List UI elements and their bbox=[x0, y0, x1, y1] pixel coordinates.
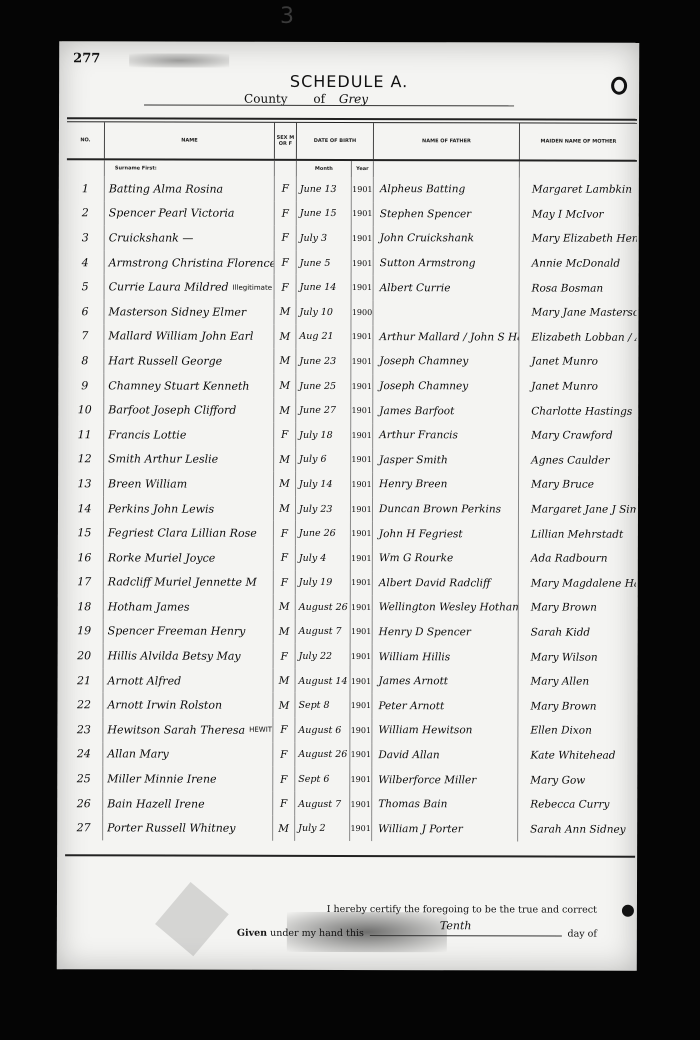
entry-number: 25 bbox=[65, 767, 103, 792]
entry-number: 17 bbox=[66, 570, 104, 595]
sex: F bbox=[275, 226, 297, 251]
table-row: 12Smith Arthur LeslieMJuly 61901Jasper S… bbox=[66, 447, 636, 473]
father-name: John H Fegriest bbox=[373, 521, 519, 546]
birth-year: 1901 bbox=[351, 374, 373, 399]
child-name-text: Masterson Sidney Elmer bbox=[108, 305, 246, 318]
page-title: SCHEDULE A. bbox=[59, 71, 639, 92]
sex: F bbox=[274, 423, 296, 448]
birth-month-day-text: June 5 bbox=[300, 257, 331, 268]
mother-maiden-name: Margaret Lambkin bbox=[520, 177, 637, 202]
entry-number-text: 24 bbox=[77, 748, 91, 761]
entry-number: 11 bbox=[66, 422, 104, 447]
county-value: Grey bbox=[339, 92, 368, 106]
birth-year: 1901 bbox=[350, 792, 372, 817]
child-name-text: Hillis Alvilda Betsy May bbox=[108, 649, 241, 662]
child-name-text: Bain Hazell Irene bbox=[107, 797, 204, 810]
father-name: Henry Breen bbox=[373, 472, 519, 497]
entry-number: 23 bbox=[65, 717, 103, 742]
mother-maiden-name: Elizabeth Lobban / Addie Morrison bbox=[519, 325, 636, 350]
child-name-text: Miller Minnie Irene bbox=[107, 772, 216, 785]
birth-month-day: July 4 bbox=[296, 546, 351, 571]
sex: M bbox=[274, 497, 296, 522]
father-name: Stephen Spencer bbox=[374, 202, 520, 227]
birth-month-day-text: August 7 bbox=[298, 799, 341, 810]
faded-stamp bbox=[155, 882, 229, 956]
child-name: Mallard William John Earl bbox=[104, 324, 274, 349]
entry-number: 19 bbox=[66, 619, 104, 644]
father-name: William Hillis bbox=[373, 644, 519, 669]
birth-year: 1901 bbox=[350, 718, 372, 743]
birth-month-day: July 2 bbox=[295, 816, 350, 841]
birth-month-day: July 14 bbox=[296, 472, 351, 497]
father-name-text: Henry D Spencer bbox=[379, 626, 471, 638]
table-body: 1Batting Alma RosinaFJune 131901Alpheus … bbox=[65, 176, 637, 842]
birth-year-text: 1901 bbox=[350, 824, 370, 833]
ink-smudge bbox=[129, 53, 229, 67]
sex: M bbox=[273, 693, 295, 718]
birth-month-day: June 23 bbox=[296, 349, 351, 374]
father-name-text: Jasper Smith bbox=[379, 454, 448, 466]
birth-month-day-text: July 4 bbox=[299, 553, 326, 564]
sex: F bbox=[275, 251, 297, 276]
father-name-text: Wellington Wesley Hotham bbox=[379, 601, 519, 613]
mother-maiden-name: Rosa Bosman bbox=[520, 276, 637, 301]
mother-maiden-name-text: Janet Munro bbox=[531, 356, 598, 368]
mother-maiden-name-text: May I McIvor bbox=[532, 208, 604, 220]
birth-year: 1901 bbox=[350, 743, 372, 768]
mother-maiden-name: Mary Magdalene Hagen bbox=[519, 571, 636, 596]
table-row: 4Armstrong Christina FlorenceFJune 51901… bbox=[67, 250, 637, 276]
sex-text: F bbox=[280, 650, 287, 662]
birth-year: 1901 bbox=[351, 669, 373, 694]
birth-year: 1901 bbox=[352, 275, 374, 300]
entry-number-text: 27 bbox=[77, 822, 91, 835]
mother-maiden-name: Charlotte Hastings bbox=[519, 399, 636, 424]
sex: F bbox=[273, 718, 295, 743]
father-name: Wellington Wesley Hotham bbox=[373, 595, 519, 620]
birth-year-text: 1901 bbox=[352, 332, 372, 341]
birth-month-day-text: July 6 bbox=[299, 454, 326, 465]
birth-year-text: 1901 bbox=[352, 234, 372, 243]
mother-maiden-name-text: Sarah Ann Sidney bbox=[530, 823, 625, 835]
father-name: Wm G Rourke bbox=[373, 546, 519, 571]
father-name-text: Albert David Radcliff bbox=[379, 577, 491, 589]
child-name-text: Francis Lottie bbox=[108, 428, 186, 441]
birth-year-text: 1901 bbox=[351, 652, 371, 661]
child-name-text: Spencer Freeman Henry bbox=[108, 625, 246, 638]
child-name-text: Porter Russell Whitney bbox=[107, 822, 235, 835]
child-name-text: Armstrong Christina Florence bbox=[109, 256, 275, 269]
birth-year: 1901 bbox=[351, 349, 373, 374]
entry-number: 6 bbox=[66, 299, 104, 324]
table-row: 5Currie Laura MildredIllegitimateFJune 1… bbox=[67, 275, 637, 301]
father-name-text: John Cruickshank bbox=[380, 233, 474, 245]
header-sex: Sex M or F bbox=[275, 123, 297, 159]
schedule-page: 277 SCHEDULE A. County of Grey No. Name … bbox=[57, 41, 639, 971]
mother-maiden-name: Sarah Kidd bbox=[519, 620, 636, 645]
mother-maiden-name: Ellen Dixon bbox=[518, 719, 635, 744]
table-subheader: Surname First: Month Year bbox=[67, 160, 637, 177]
entry-number: 15 bbox=[66, 521, 104, 546]
sex-text: F bbox=[280, 798, 287, 810]
child-name: Allan Mary bbox=[103, 742, 273, 767]
table-row: 24Allan MaryFAugust 261901David AllanKat… bbox=[65, 742, 635, 768]
birth-month-day-text: July 2 bbox=[298, 823, 325, 834]
mother-maiden-name: Mary Jane Masterson bbox=[519, 300, 636, 325]
table-row: 18Hotham JamesMAugust 261901Wellington W… bbox=[66, 594, 636, 620]
child-name-text: Barfoot Joseph Clifford bbox=[108, 404, 236, 417]
child-name: Francis Lottie bbox=[104, 422, 274, 447]
table-row: 16Rorke Muriel JoyceFJuly 41901Wm G Rour… bbox=[66, 545, 636, 571]
birth-month-day-text: August 26 bbox=[298, 749, 347, 760]
child-name: Porter Russell Whitney bbox=[103, 816, 273, 841]
entry-number-text: 11 bbox=[78, 428, 92, 441]
mother-maiden-name-text: Charlotte Hastings bbox=[531, 405, 632, 417]
entry-number: 13 bbox=[66, 471, 104, 496]
birth-month-day: Aug 21 bbox=[296, 324, 351, 349]
child-name: Perkins John Lewis bbox=[104, 496, 274, 521]
birth-year: 1901 bbox=[352, 226, 374, 251]
table-row: 23Hewitson Sarah TheresaHEWITSONFAugust … bbox=[65, 717, 635, 743]
entry-number-text: 26 bbox=[77, 797, 91, 810]
father-name: John Cruickshank bbox=[374, 226, 520, 251]
child-name-text: Fegriest Clara Lillian Rose bbox=[108, 526, 257, 539]
sex: F bbox=[275, 177, 297, 202]
birth-month-day: June 25 bbox=[296, 374, 351, 399]
entry-number-text: 21 bbox=[77, 674, 91, 687]
header-father: Name of Father bbox=[374, 123, 520, 159]
birth-year: 1901 bbox=[351, 620, 373, 645]
entry-number: 20 bbox=[66, 644, 104, 669]
child-name: Spencer Freeman Henry bbox=[104, 619, 274, 644]
entry-number: 9 bbox=[66, 373, 104, 398]
certification-block: I hereby certify the foregoing to be the… bbox=[237, 904, 597, 940]
child-name-text: Batting Alma Rosina bbox=[109, 182, 223, 195]
entry-number: 26 bbox=[65, 791, 103, 816]
birth-month-day-text: June 26 bbox=[299, 528, 336, 539]
birth-year: 1901 bbox=[350, 767, 372, 792]
sex: M bbox=[274, 300, 296, 325]
birth-year-text: 1900 bbox=[352, 308, 372, 317]
mother-maiden-name-text: Mary Bruce bbox=[531, 479, 594, 491]
birth-year: 1901 bbox=[352, 177, 374, 202]
father-name-text: Arthur Francis bbox=[379, 429, 458, 441]
mother-maiden-name-text: Ada Radbourn bbox=[531, 553, 608, 565]
subheader-month: Month bbox=[297, 161, 352, 177]
father-name-text: Wm G Rourke bbox=[379, 552, 453, 564]
mother-maiden-name-text: Kate Whitehead bbox=[530, 749, 615, 761]
header-no: No. bbox=[67, 122, 105, 158]
sex-text: M bbox=[279, 503, 290, 515]
sex-text: F bbox=[280, 773, 287, 785]
mother-maiden-name-text: Mary Magdalene Hagen bbox=[531, 577, 636, 589]
table-row: 10Barfoot Joseph CliffordMJune 271901Jam… bbox=[66, 398, 636, 424]
birth-year-text: 1901 bbox=[352, 185, 372, 194]
mother-maiden-name-text: Rebecca Curry bbox=[530, 799, 609, 811]
father-name-text: Sutton Armstrong bbox=[380, 257, 476, 269]
sex-text: F bbox=[281, 552, 288, 564]
table-row: 14Perkins John LewisMJuly 231901Duncan B… bbox=[66, 496, 636, 522]
entry-number: 27 bbox=[65, 816, 103, 841]
birth-year-text: 1901 bbox=[352, 283, 372, 292]
table-row: 20Hillis Alvilda Betsy MayFJuly 221901Wi… bbox=[66, 644, 636, 670]
father-name-text: William Hillis bbox=[379, 651, 451, 663]
child-name-text: Breen William bbox=[108, 477, 187, 490]
sex-text: M bbox=[280, 306, 291, 318]
child-name-text: Spencer Pearl Victoria bbox=[109, 207, 235, 220]
mother-maiden-name: Lillian Mehrstadt bbox=[519, 522, 636, 547]
entry-number-text: 16 bbox=[77, 551, 91, 564]
birth-month-day: July 10 bbox=[296, 300, 351, 325]
entry-number-text: 13 bbox=[78, 477, 92, 490]
entry-number-text: 6 bbox=[81, 305, 88, 318]
birth-year: 1901 bbox=[352, 202, 374, 227]
child-name-text: Hewitson Sarah Theresa bbox=[107, 723, 245, 736]
birth-month-day-text: August 26 bbox=[299, 602, 348, 613]
child-name: Batting Alma Rosina bbox=[105, 176, 275, 201]
child-name: Cruickshank — bbox=[105, 226, 275, 251]
entry-number: 2 bbox=[67, 201, 105, 226]
child-name-text: Arnott Irwin Rolston bbox=[107, 699, 222, 712]
father-name: James Arnott bbox=[373, 669, 519, 694]
entry-number-text: 10 bbox=[78, 403, 92, 416]
father-name: Arthur Mallard / John S Hart bbox=[373, 325, 519, 350]
birth-year-text: 1901 bbox=[352, 406, 372, 415]
table-row: 19Spencer Freeman HenryMAugust 71901Henr… bbox=[66, 619, 636, 645]
birth-year-text: 1901 bbox=[351, 578, 371, 587]
father-name-text: Thomas Bain bbox=[378, 798, 447, 810]
sex: F bbox=[275, 201, 297, 226]
birth-month-day: July 3 bbox=[297, 226, 352, 251]
birth-month-day-text: June 13 bbox=[300, 184, 337, 195]
entry-number-text: 7 bbox=[81, 330, 88, 343]
birth-year: 1901 bbox=[351, 644, 373, 669]
table-row: 6Masterson Sidney ElmerMJuly 101900Mary … bbox=[66, 299, 636, 325]
sex-text: M bbox=[279, 478, 290, 490]
table-row: 27Porter Russell WhitneyMJuly 21901Willi… bbox=[65, 816, 635, 842]
birth-month-day-text: July 18 bbox=[299, 430, 332, 441]
entry-number-text: 15 bbox=[77, 526, 91, 539]
mother-maiden-name: Margaret Jane J Simmie bbox=[519, 497, 636, 522]
mother-maiden-name: Kate Whitehead bbox=[518, 743, 635, 768]
birth-year: 1901 bbox=[351, 325, 373, 350]
table-row: 25Miller Minnie IreneFSept 61901Wilberfo… bbox=[65, 767, 635, 793]
header-name: Name bbox=[105, 122, 275, 158]
table-bottom-rule bbox=[65, 854, 635, 857]
mother-maiden-name: Agnes Caulder bbox=[519, 448, 636, 473]
table-header: No. Name Sex M or F Date of Birth Name o… bbox=[67, 122, 637, 161]
sex: F bbox=[274, 644, 296, 669]
birth-year-text: 1901 bbox=[351, 750, 371, 759]
county-of-label: of bbox=[313, 92, 325, 106]
father-name: Wilberforce Miller bbox=[372, 767, 518, 792]
father-name-text: Duncan Brown Perkins bbox=[379, 503, 501, 515]
birth-month-day: August 6 bbox=[295, 718, 350, 743]
birth-year-text: 1901 bbox=[352, 209, 372, 218]
father-name-text: James Barfoot bbox=[379, 405, 454, 417]
birth-month-day: August 14 bbox=[296, 669, 351, 694]
mother-maiden-name-text: Mary Allen bbox=[531, 676, 590, 688]
child-name-text: Radcliff Muriel Jennette M bbox=[108, 576, 257, 589]
father-name: David Allan bbox=[372, 743, 518, 768]
birth-year: 1901 bbox=[351, 521, 373, 546]
child-name: Smith Arthur Leslie bbox=[104, 447, 274, 472]
mother-maiden-name-text: Mary Crawford bbox=[531, 430, 613, 442]
sex: M bbox=[274, 595, 296, 620]
entry-number: 4 bbox=[67, 250, 105, 275]
entry-number: 18 bbox=[66, 594, 104, 619]
birth-year-text: 1901 bbox=[351, 431, 371, 440]
subheader-surname-first: Surname First: bbox=[105, 160, 275, 176]
child-name: Hillis Alvilda Betsy May bbox=[104, 644, 274, 669]
father-name: Jasper Smith bbox=[373, 448, 519, 473]
father-name: Alpheus Batting bbox=[374, 177, 520, 202]
sex-text: F bbox=[281, 527, 288, 539]
sex: F bbox=[274, 521, 296, 546]
sex: M bbox=[274, 447, 296, 472]
entry-number-text: 9 bbox=[81, 379, 88, 392]
entry-number-text: 20 bbox=[77, 649, 91, 662]
birth-month-day: August 7 bbox=[296, 620, 351, 645]
entry-number-text: 3 bbox=[82, 231, 89, 244]
mother-maiden-name-text: Mary Brown bbox=[531, 602, 597, 614]
mother-maiden-name: Mary Crawford bbox=[519, 423, 636, 448]
sex: M bbox=[274, 374, 296, 399]
birth-month-day-text: June 15 bbox=[300, 208, 337, 219]
father-name: Duncan Brown Perkins bbox=[373, 497, 519, 522]
birth-year-text: 1901 bbox=[351, 455, 371, 464]
child-name: Barfoot Joseph Clifford bbox=[104, 398, 274, 423]
table-row: 21Arnott AlfredMAugust 141901James Arnot… bbox=[66, 668, 636, 694]
mother-maiden-name-text: Mary Brown bbox=[530, 700, 596, 712]
father-name: William J Porter bbox=[372, 817, 518, 842]
child-name-text: Perkins John Lewis bbox=[108, 502, 214, 515]
birth-year-text: 1901 bbox=[351, 480, 371, 489]
subheader-mother-blank bbox=[520, 161, 637, 177]
sex: F bbox=[274, 546, 296, 571]
birth-year-text: 1901 bbox=[351, 726, 371, 735]
mother-maiden-name-text: Mary Gow bbox=[530, 774, 585, 786]
mother-maiden-name-text: Elizabeth Lobban / Addie Morrison bbox=[531, 331, 636, 343]
father-name: James Barfoot bbox=[373, 398, 519, 423]
page-number: 277 bbox=[73, 51, 100, 66]
table-row: 9Chamney Stuart KennethMJune 251901Josep… bbox=[66, 373, 636, 399]
child-name-text: Hart Russell George bbox=[108, 354, 222, 367]
child-name: Breen William bbox=[104, 471, 274, 496]
subheader-father-blank bbox=[374, 161, 520, 177]
county-underline bbox=[144, 104, 514, 106]
birth-month-day-text: August 14 bbox=[299, 676, 348, 687]
entry-number: 3 bbox=[67, 225, 105, 250]
father-name-text: Peter Arnott bbox=[378, 700, 444, 712]
sex-text: M bbox=[279, 700, 290, 712]
birth-month-day: June 27 bbox=[296, 398, 351, 423]
father-name: Sutton Armstrong bbox=[374, 251, 520, 276]
birth-year: 1901 bbox=[350, 693, 372, 718]
birth-year-text: 1901 bbox=[351, 529, 371, 538]
mother-maiden-name: Janet Munro bbox=[519, 374, 636, 399]
entry-number: 14 bbox=[66, 496, 104, 521]
sex-text: F bbox=[282, 183, 289, 195]
birth-month-day-text: June 23 bbox=[299, 356, 336, 367]
county-label: County bbox=[244, 92, 288, 106]
child-name: Arnott Irwin Rolston bbox=[103, 693, 273, 718]
sex-text: M bbox=[279, 454, 290, 466]
subheader-year: Year bbox=[352, 161, 374, 177]
child-name-text: Rorke Muriel Joyce bbox=[108, 551, 215, 564]
mother-maiden-name: Mary Gow bbox=[518, 768, 635, 793]
birth-month-day: June 15 bbox=[297, 201, 352, 226]
row-annotation: Illegitimate bbox=[233, 283, 273, 291]
birth-year: 1901 bbox=[351, 546, 373, 571]
day-field: Tenth bbox=[370, 923, 562, 937]
father-name-text: William J Porter bbox=[378, 823, 463, 835]
mother-maiden-name-text: Mary Jane Masterson bbox=[531, 307, 636, 319]
birth-month-day-text: July 3 bbox=[300, 233, 327, 244]
certification-line-1: I hereby certify the foregoing to be the… bbox=[237, 904, 597, 916]
child-name-text: Smith Arthur Leslie bbox=[108, 453, 218, 466]
father-name-text: Henry Breen bbox=[379, 479, 447, 491]
father-name: Albert David Radcliff bbox=[373, 571, 519, 596]
birth-year-text: 1901 bbox=[352, 382, 372, 391]
father-name-text: John H Fegriest bbox=[379, 528, 463, 540]
father-name: Peter Arnott bbox=[372, 694, 518, 719]
birth-month-day: June 13 bbox=[297, 177, 352, 202]
father-name-text: Joseph Chamney bbox=[379, 356, 468, 368]
father-name-text: Albert Currie bbox=[380, 282, 451, 294]
child-name: Arnott Alfred bbox=[104, 668, 274, 693]
mother-maiden-name-text: Margaret Lambkin bbox=[532, 184, 632, 196]
entry-number: 8 bbox=[66, 348, 104, 373]
sex-text: F bbox=[280, 749, 287, 761]
given-label: Given bbox=[237, 928, 267, 939]
certification-line-2: Given under my hand this Tenth day of bbox=[237, 923, 597, 940]
sex: M bbox=[274, 472, 296, 497]
birth-year: 1900 bbox=[351, 300, 373, 325]
sex-text: F bbox=[282, 208, 289, 220]
birth-month-day: July 23 bbox=[296, 497, 351, 522]
sex-text: F bbox=[281, 577, 288, 589]
birth-year-text: 1901 bbox=[351, 800, 371, 809]
sex: M bbox=[274, 619, 296, 644]
sex-text: F bbox=[281, 429, 288, 441]
header-date-of-birth: Date of Birth bbox=[297, 123, 374, 159]
child-name-text: Arnott Alfred bbox=[108, 674, 182, 687]
header-mother: Maiden Name of Mother bbox=[520, 123, 637, 159]
mother-maiden-name: Mary Wilson bbox=[519, 645, 636, 670]
sex-text: M bbox=[279, 380, 290, 392]
child-name: Chamney Stuart Kenneth bbox=[104, 373, 274, 398]
sex-text: M bbox=[279, 355, 290, 367]
top-margin-mark: 3 bbox=[280, 4, 294, 29]
sex-text: F bbox=[281, 281, 288, 293]
sex-text: M bbox=[279, 404, 290, 416]
table-row: 13Breen WilliamMJuly 141901Henry BreenMa… bbox=[66, 471, 636, 497]
entry-number-text: 8 bbox=[81, 354, 88, 367]
entry-number-text: 19 bbox=[77, 625, 91, 638]
mother-maiden-name-text: Annie McDonald bbox=[532, 258, 621, 270]
birth-year: 1901 bbox=[350, 816, 372, 841]
mother-maiden-name: Rebecca Curry bbox=[518, 792, 635, 817]
birth-month-day: July 22 bbox=[296, 644, 351, 669]
table-row: 8Hart Russell GeorgeMJune 231901Joseph C… bbox=[66, 348, 636, 374]
day-value: Tenth bbox=[440, 919, 472, 932]
father-name: Joseph Chamney bbox=[373, 349, 519, 374]
table-row: 2Spencer Pearl VictoriaFJune 151901Steph… bbox=[67, 201, 637, 227]
mother-maiden-name: Annie McDonald bbox=[520, 251, 637, 276]
birth-month-day-text: July 19 bbox=[299, 577, 332, 588]
entry-number-text: 23 bbox=[77, 723, 91, 736]
